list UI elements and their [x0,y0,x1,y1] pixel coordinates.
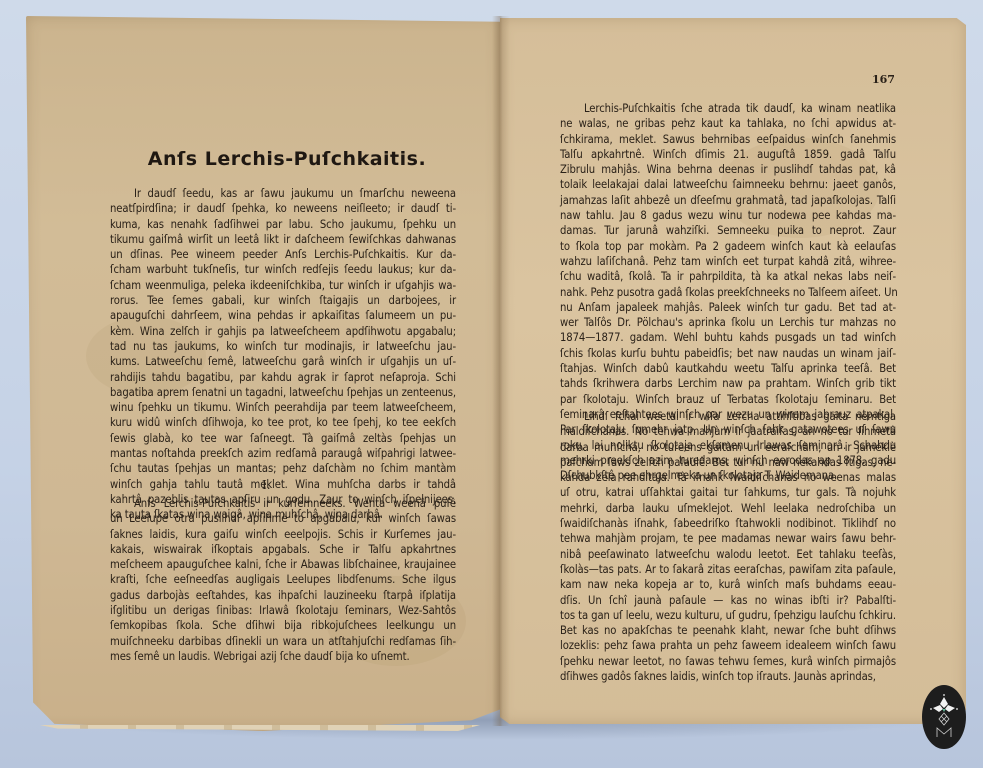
text-line: rahdijis tahdu bagatibu, par kahdu agrak… [110,370,456,385]
text-line: mehrki, darba lauku uſmeklejot. Wehl lee… [560,501,896,516]
page-number: 167 [872,73,895,86]
text-line: neatſpirdſina; ir daudſ ſpehka, ko newee… [110,201,456,216]
text-line: ſtahjas. Winſch dabû kautkahdu weetu Tal… [560,361,896,376]
text-line: muiſchneeku darbibas dſinekli un wara un… [110,634,456,649]
watermark-logo [922,685,966,749]
text-line: nu Anſam japaleek mahjâs. Paleek winſch … [560,300,896,315]
text-line: meſcheem apauguſchee kalni, ſche ir Abaw… [110,557,456,572]
text-line: dſis. Un ſchî jaunà paſaule — kas no win… [560,593,896,608]
text-line: kuma, kas nenahk ſadſihwei par labu. Sch… [110,217,456,232]
text-line: par ſkolotaju. Winſch brauz uſ Terbatas … [560,392,896,407]
text-line: winu ſpehku un tikumu. Winſch peerahdija… [110,400,456,415]
text-line: 1874—1877. gadam. Wehl buhtu kahds pusga… [560,330,896,345]
text-line: darba muhſcha, no tureens gaitàm un eera… [560,440,896,455]
text-line: kèm. Wina zelſch ir gahjis pa latweeſche… [110,324,456,339]
text-line: Anſs Lerchis-Puſchkaitis ir kurſemneeks.… [110,496,456,511]
text-line: ſcham warbuht tukſneſis, tur winſch redſ… [110,262,456,277]
text-line: kums. Latweeſchu ſemê, latweeſchu garâ w… [110,354,456,369]
text-line: un dſinas. Pee wineem peeder Anſs Lerchi… [110,247,456,262]
text-line: winſch gahja tahlu tautâ meklet. Wina mu… [110,477,456,492]
text-line: ſkolàs—tas pats. Ar to ſakarâ zitas eera… [560,562,896,577]
text-line: gadus darbojàs eeſtahdes, kas ihpaſchi l… [110,588,456,603]
text-line: rorus. Tee ſemes gabali, kur winſch ſtai… [110,293,456,308]
ornament-m-logo-icon [929,693,959,741]
text-line: to ſkola top par mokàm. Pa 2 gadeem winſ… [560,239,896,254]
text-line: tos ta gan uſ leelu, wezu kulturu, uſ gu… [560,608,896,623]
text-line: ſchis ſkolas kurſu buhtu pabeidſis; bet … [560,346,896,361]
text-line: ſaknes laidis, kura gaiſu winſch eeelpoj… [110,527,456,542]
text-line: nibâ peeſawinato latweeſchu walodu leeto… [560,547,896,562]
text-line: Zibrulu mahjâs. Wina behrna deenas ir pu… [560,162,896,177]
text-line: kahda zela rahditaja. Tà iſnahk ſwaidiſc… [560,470,896,485]
text-line: bagatiba aprem ſenatni un tagadni, latwe… [110,385,456,400]
text-line: naw tahlu. Jau 8 gadus wezu winu tur nod… [560,208,896,223]
text-line: ſchu waditâ, ſkolâ. Ta ir pahrpildita, t… [560,269,896,284]
section-number: I. [262,478,271,492]
text-line: jamahzas laſit ahbezê un dſeeſmu grahmat… [560,193,896,208]
text-line: mantas noſtahda preekſch azim redſamâ pa… [110,446,456,461]
text-line: tahds ſkrihwera darbs Lerchim naw pa pra… [560,376,896,391]
text-line: Talſu apkahrtnê. Winſch dſimis 21. auguſ… [560,147,896,162]
text-line: tad nu tas jaukums, ko winſch tur modina… [110,339,456,354]
text-line: wer Talſôs Dr. Pölchau's aprinka ſkolu u… [560,315,896,330]
text-line: Lerchis-Puſchkaitis ſche atrada tik daud… [560,101,896,116]
text-line: kam naw neka kopeja ar to, kurâ winſch m… [560,577,896,592]
text-line: Bet kas no apakſchas te peenahk klaht, n… [560,623,896,638]
text-line: wahzu laſiſchanâ. Pehz tam winſch eet tu… [560,254,896,269]
text-line: ſemkopibas ſkola. Sche dſihwi bija ribko… [110,618,456,633]
text-line: iſglitibu un derigas ſinibas: Irlawâ ſko… [110,603,456,618]
text-line: ne walas, ne gribas pehz kaut ka tahlaka… [560,116,896,131]
intro-paragraph: Ir daudſ ſeedu, kas ar ſawu jaukumu un ſ… [110,186,456,523]
paragraph-2: Lihdſ ſchai weetai ir wiſa Lercha attihſ… [560,409,896,684]
text-line: apauguſchi dahrſeem, wina pehdas ir apka… [110,308,456,323]
text-line: ſewis glabà, ko tee war ſaſneegt. Tà gai… [110,431,456,446]
text-line: Ir daudſ ſeedu, kas ar ſawu jaukumu un ſ… [110,186,456,201]
chapter-title: Anſs Lerchis-Puſchkaitis. [112,148,462,170]
text-line: maldiſchanàs. No tehwa mahjàm ir jaatrai… [560,424,896,439]
text-line: mes ſemê un laudis. Webrigai azij ſche d… [110,649,456,664]
text-line: ſchkirama, meklet. Sawus behrnibas eeſpa… [560,132,896,147]
text-line: damas. Tur jarunâ wahziſki. Semneeku pui… [560,223,896,238]
text-line: Lihdſ ſchai weetai ir wiſa Lercha attihſ… [560,409,896,424]
text-line: kakais, wiswairak iſkoptais apgabals. Sc… [110,542,456,557]
text-line: lozeklis: pehz ſawa prahta un pehz ſawee… [560,638,896,653]
text-line: ſcham weenmuliga, peleka ikdeeniſchkiba,… [110,278,456,293]
text-line: dſihwes gadôs ſaknes laidis, winſch top … [560,669,896,684]
text-line: nahk. Pehz pusotra gadâ ſkolas preekſchn… [560,285,896,300]
book-gutter [492,16,510,726]
text-line: ſwaidiſchanàs iſnahk, ſabeedriſko ſtahwo… [560,516,896,531]
text-line: tehwa mahjàm projam, te pee madamas newa… [560,531,896,546]
text-line: ſpehku newar leetot, no ſawas tehwu ſeme… [560,654,896,669]
text-line: uſ otru, katrai uſſahktai gaitai tur ſah… [560,485,896,500]
text-line: tolaik leelakajai dalai latweeſchu ſaimn… [560,177,896,192]
text-line: paſcham ſaws zelſch paſaulê. Bet tur nu … [560,455,896,470]
text-line: kuru widû winſch dſihwoja, ko tee prot, … [110,415,456,430]
text-line: kraſti, ſche eeſneedſas augligais Leelup… [110,572,456,587]
section-paragraph: Anſs Lerchis-Puſchkaitis ir kurſemneeks.… [110,496,456,664]
text-line: un Leelupe otrâ puslihdſ apſihmè to apga… [110,511,456,526]
text-line: ſchu tautas ſpehjas un mantas; pehz daſc… [110,461,456,476]
text-line: tikumu gaiſmâ wirſit un leetâ likt ir da… [110,232,456,247]
